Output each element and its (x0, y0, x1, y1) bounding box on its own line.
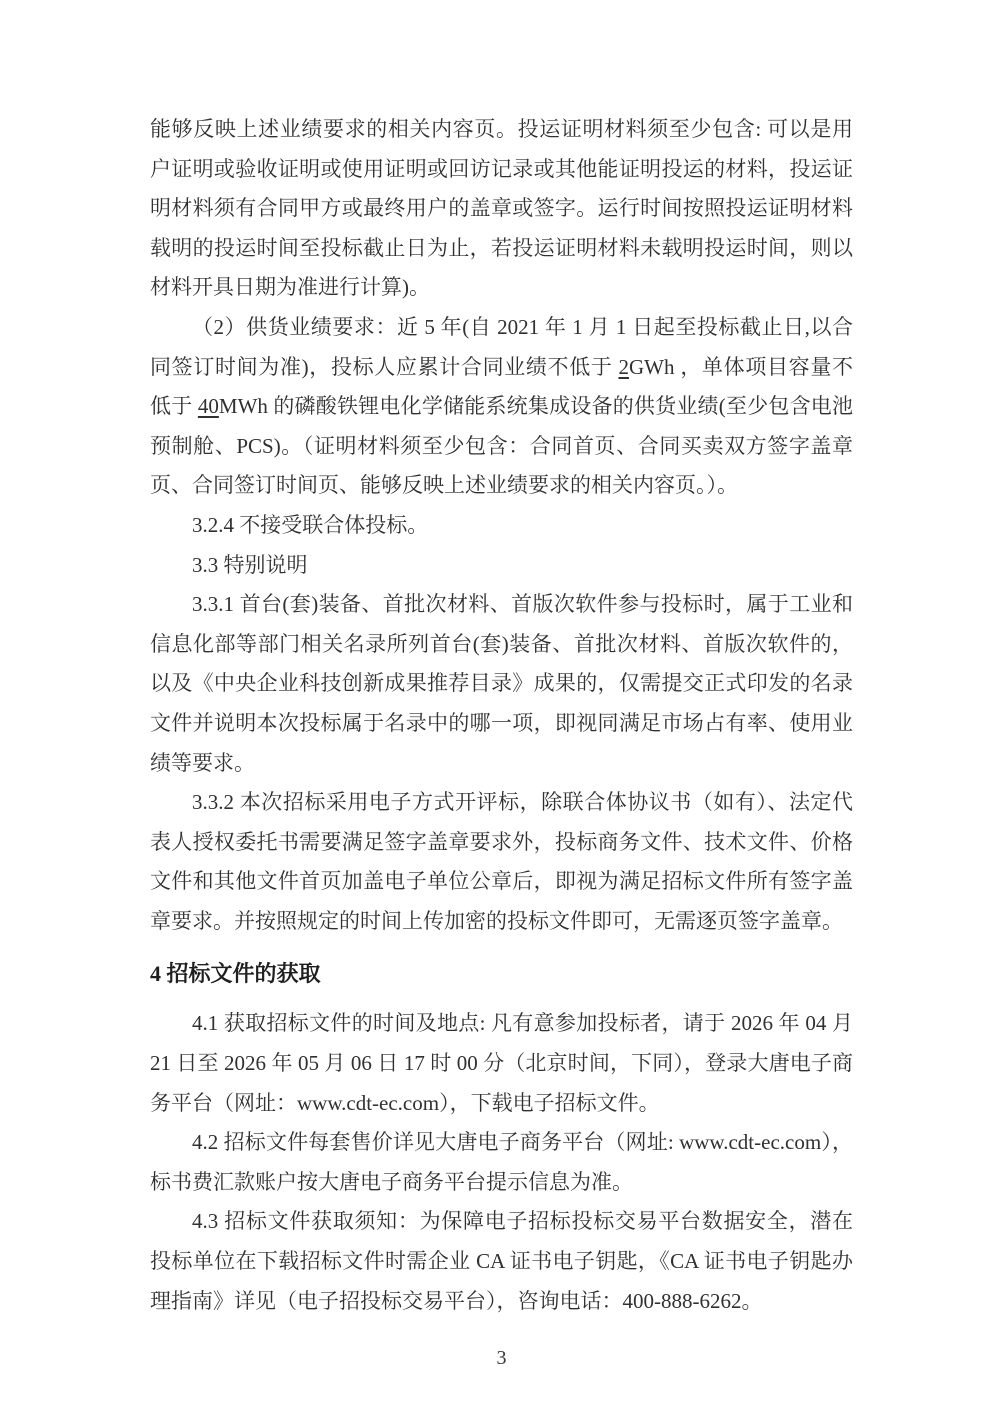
text-segment: 3.2.4 不接受联合体投标。 (192, 513, 428, 537)
text-segment: MWh 的磷酸铁锂电化学储能系统集成设备的供货业绩(至少包含电池预制舱、PCS)… (150, 394, 853, 497)
paragraph: 4.3 招标文件获取须知：为保障电子招标投标交易平台数据安全，潜在投标单位在下载… (150, 1202, 853, 1321)
document-page: { "page_number": "3", "document": { "par… (0, 0, 1000, 1414)
text-segment: 4 招标文件的获取 (150, 961, 321, 986)
text-segment: 4.3 招标文件获取须知：为保障电子招标投标交易平台数据安全，潜在投标单位在下载… (150, 1209, 853, 1312)
page-canvas: 能够反映上述业绩要求的相关内容页。投运证明材料须至少包含: 可以是用户证明或验收… (0, 0, 1000, 1414)
paragraph: 4.2 招标文件每套售价详见大唐电子商务平台（网址: www.cdt-ec.co… (150, 1123, 853, 1202)
paragraph: 3.3 特别说明 (150, 546, 853, 586)
section-heading: 4 招标文件的获取 (150, 954, 853, 994)
text-segment: 能够反映上述业绩要求的相关内容页。投运证明材料须至少包含: 可以是用户证明或验收… (150, 117, 853, 299)
document-body: 能够反映上述业绩要求的相关内容页。投运证明材料须至少包含: 可以是用户证明或验收… (150, 110, 853, 1370)
text-segment: 3.3.1 首台(套)装备、首批次材料、首版次软件参与投标时，属于工业和信息化部… (150, 592, 853, 774)
paragraph: 3.3.2 本次招标采用电子方式开评标，除联合体协议书（如有）、法定代表人授权委… (150, 783, 853, 941)
underlined-text: 40 (198, 394, 219, 418)
paragraph: （2）供货业绩要求：近 5 年(自 2021 年 1 月 1 日起至投标截止日,… (150, 308, 853, 506)
paragraph: 3.3.1 首台(套)装备、首批次材料、首版次软件参与投标时，属于工业和信息化部… (150, 585, 853, 783)
paragraph: 4.1 获取招标文件的时间及地点: 凡有意参加投标者，请于 2026 年 04 … (150, 1004, 853, 1123)
text-segment: 3.3.2 本次招标采用电子方式开评标，除联合体协议书（如有）、法定代表人授权委… (150, 790, 853, 933)
text-segment: 4.1 获取招标文件的时间及地点: 凡有意参加投标者，请于 2026 年 04 … (150, 1011, 853, 1114)
underlined-text: 2 (618, 355, 629, 379)
paragraph: 能够反映上述业绩要求的相关内容页。投运证明材料须至少包含: 可以是用户证明或验收… (150, 110, 853, 308)
text-segment: 4.2 招标文件每套售价详见大唐电子商务平台（网址: www.cdt-ec.co… (150, 1130, 853, 1194)
text-segment: 3.3 特别说明 (192, 553, 308, 577)
paragraph: 3.2.4 不接受联合体投标。 (150, 506, 853, 546)
page-number: 3 (150, 1347, 853, 1370)
